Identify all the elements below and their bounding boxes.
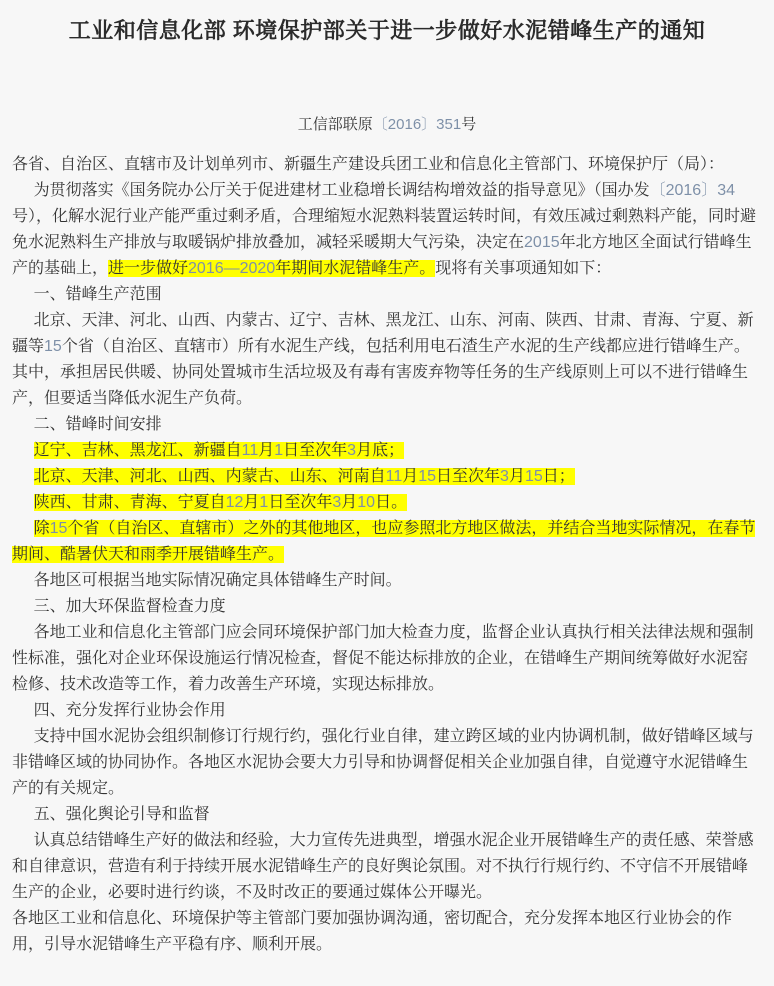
highlighted-text: 除 [34, 520, 50, 537]
highlighted-text: 2016—2020 [188, 260, 275, 277]
section-3-heading: 三、加大环保监督检查力度 [12, 594, 762, 620]
text-segment: 五、强化舆论引导和监督 [34, 806, 210, 823]
intro-paragraph: 为贯彻落实《国务院办公厅关于促进建材工业稳增长调结构增效益的指导意见》（国办发〔… [12, 178, 762, 282]
text-segment: 认真总结错峰生产好的做法和经验，大力宣传先进典型，增强水泥企业开展错峰生产的责任… [12, 832, 754, 901]
highlighted-text: 月 [402, 468, 418, 485]
schedule-north-paragraph: 北京、天津、河北、山西、内蒙古、山东、河南自11月15日至次年3月15日； [12, 464, 762, 490]
schedule-other-regions-paragraph: 除15个省（自治区、直辖市）之外的其他地区，也应参照北方地区做法，并结合当地实际… [12, 516, 762, 568]
schedule-northwest-paragraph: 陕西、甘肃、青海、宁夏自12月1日至次年3月10日。 [12, 490, 762, 516]
highlighted-text: 月底； [356, 442, 404, 459]
text-segment: 各地区可根据当地实际情况确定具体错峰生产时间。 [34, 572, 402, 589]
schedule-local-note-paragraph: 各地区可根据当地实际情况确定具体错峰生产时间。 [12, 568, 762, 594]
text-segment: 个省（自治区、直辖市）所有水泥生产线，包括利用电石渣生产水泥的生产线都应进行错峰… [12, 338, 750, 407]
section-1-heading: 一、错峰生产范围 [12, 282, 762, 308]
highlighted-text: 1 [274, 442, 283, 459]
text-segment: 四、充分发挥行业协会作用 [34, 702, 226, 719]
highlighted-text: 日至次年 [436, 468, 500, 485]
section-4-heading: 四、充分发挥行业协会作用 [12, 698, 762, 724]
highlighted-text: 3 [500, 468, 509, 485]
text-segment: 〔2016〕34 [650, 182, 735, 199]
text-segment: 二、错峰时间安排 [34, 416, 162, 433]
highlighted-text: 15 [50, 520, 68, 537]
text-segment: 三、加大环保监督检查力度 [34, 598, 226, 615]
salutation-paragraph: 各省、自治区、直辖市及计划单列市、新疆生产建设兵团工业和信息化主管部门、环境保护… [12, 152, 762, 178]
highlighted-text: 月 [258, 442, 274, 459]
text-segment: 15 [44, 338, 62, 355]
text-segment: 为贯彻落实《国务院办公厅关于促进建材工业稳增长调结构增效益的指导意见》（国办发 [34, 182, 650, 199]
section-5-paragraph: 认真总结错峰生产好的做法和经验，大力宣传先进典型，增强水泥企业开展错峰生产的责任… [12, 828, 762, 906]
highlighted-text: 月 [341, 494, 357, 511]
highlighted-text: 3 [332, 494, 341, 511]
text-segment: 一、错峰生产范围 [34, 286, 162, 303]
highlighted-text: 月 [509, 468, 525, 485]
highlighted-text: 日。 [375, 494, 407, 511]
highlighted-text: 15 [418, 468, 436, 485]
schedule-northeast-paragraph: 辽宁、吉林、黑龙江、新疆自11月1日至次年3月底； [12, 438, 762, 464]
doc-number: 工信部联原〔2016〕351号 [12, 112, 762, 138]
document-title: 工业和信息化部 环境保护部关于进一步做好水泥错峰生产的通知 [12, 16, 762, 46]
section-5-heading: 五、强化舆论引导和监督 [12, 802, 762, 828]
highlighted-text: 年期间水泥错峰生产。 [275, 260, 435, 277]
highlighted-text: 15 [525, 468, 543, 485]
text-segment: 〔2016〕351 [373, 116, 461, 133]
text-segment: 工信部联原 [298, 116, 373, 133]
text-segment: 各省、自治区、直辖市及计划单列市、新疆生产建设兵团工业和信息化主管部门、环境保护… [12, 156, 724, 173]
highlighted-text: 陕西、甘肃、青海、宁夏自 [34, 494, 226, 511]
highlighted-text: 月 [243, 494, 259, 511]
highlighted-text: 日至次年 [283, 442, 347, 459]
highlighted-text: 进一步做好 [108, 260, 188, 277]
highlighted-text: 辽宁、吉林、黑龙江、新疆自 [34, 442, 242, 459]
section-3-paragraph: 各地工业和信息化主管部门应会同环境保护部门加大检查力度，监督企业认真执行相关法律… [12, 620, 762, 698]
highlighted-text: 北京、天津、河北、山西、内蒙古、山东、河南自 [34, 468, 386, 485]
text-segment: 各地区工业和信息化、环境保护等主管部门要加强协调沟通，密切配合，充分发挥本地区行… [12, 910, 732, 953]
text-segment: 现将有关事项通知如下： [435, 260, 611, 277]
text-segment: 各地工业和信息化主管部门应会同环境保护部门加大检查力度，监督企业认真执行相关法律… [12, 624, 754, 693]
section-4-paragraph: 支持中国水泥协会组织制修订行规行约，强化行业自律，建立跨区域的业内协调机制，做好… [12, 724, 762, 802]
highlighted-text: 10 [357, 494, 375, 511]
highlighted-text: 个省（自治区、直辖市）之外的其他地区，也应参照北方地区做法，并结合当地实际情况，… [12, 520, 755, 563]
highlighted-text: 12 [226, 494, 244, 511]
highlighted-text: 日至次年 [268, 494, 332, 511]
section-1-paragraph: 北京、天津、河北、山西、内蒙古、辽宁、吉林、黑龙江、山东、河南、陕西、甘肃、青海… [12, 308, 762, 412]
document-body: 工信部联原〔2016〕351号各省、自治区、直辖市及计划单列市、新疆生产建设兵团… [12, 112, 762, 958]
highlighted-text: 日； [543, 468, 575, 485]
highlighted-text: 1 [259, 494, 268, 511]
text-segment: 号 [461, 116, 476, 133]
highlighted-text: 3 [347, 442, 356, 459]
closing-paragraph: 各地区工业和信息化、环境保护等主管部门要加强协调沟通，密切配合，充分发挥本地区行… [12, 906, 762, 958]
highlighted-text: 11 [386, 468, 403, 485]
text-segment: 支持中国水泥协会组织制修订行规行约，强化行业自律，建立跨区域的业内协调机制，做好… [12, 728, 754, 797]
document-page: 工业和信息化部 环境保护部关于进一步做好水泥错峰生产的通知 工信部联原〔2016… [0, 0, 774, 986]
text-segment: 2015 [524, 234, 560, 251]
highlighted-text: 11 [242, 442, 259, 459]
section-2-heading: 二、错峰时间安排 [12, 412, 762, 438]
